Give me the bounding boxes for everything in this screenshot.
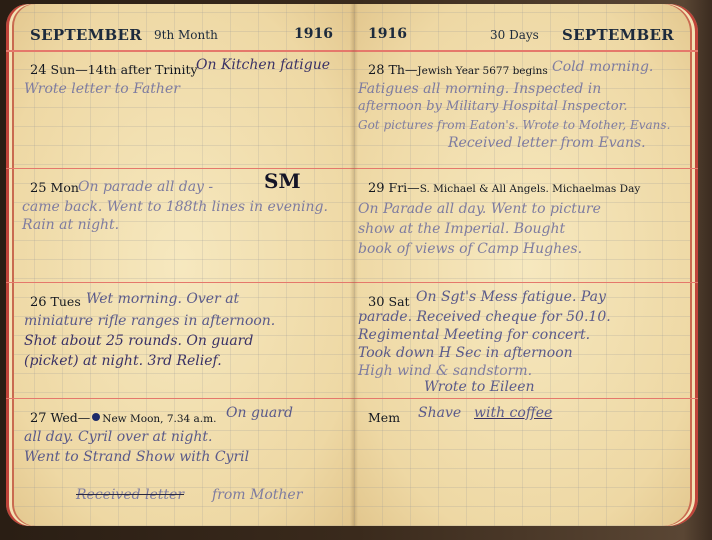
page-gutter xyxy=(350,4,358,526)
handwriting-line: (picket) at night. 3rd Relief. xyxy=(24,352,222,370)
handwriting-line: miniature rifle ranges in afternoon. xyxy=(24,312,275,330)
month-title: SEPTEMBER xyxy=(562,26,674,44)
month-title: SEPTEMBER xyxy=(30,26,142,44)
entry-28: 28 Th—Jewish Year 5677 begins Cold morni… xyxy=(354,52,698,169)
new-moon-icon xyxy=(92,413,100,421)
handwriting-line: book of views of Camp Hughes. xyxy=(358,240,582,258)
entry-27: 27 Wed—New Moon, 7.34 a.m. On guard all … xyxy=(6,400,354,526)
handwriting-line: parade. Received cheque for 50.10. xyxy=(358,308,611,326)
right-page: 1916 30 Days SEPTEMBER 28 Th—Jewish Year… xyxy=(354,4,698,526)
day-label: 24 Sun—14th after Trinity xyxy=(30,62,198,78)
handwriting-struck: Received letter xyxy=(76,486,184,504)
handwriting-line: Shot about 25 rounds. On guard xyxy=(24,332,253,350)
handwriting-line: with coffee xyxy=(474,404,552,422)
left-page: SEPTEMBER 9th Month 1916 24 Sun—14th aft… xyxy=(6,4,354,526)
right-page-header: 1916 30 Days SEPTEMBER xyxy=(354,4,698,52)
handwriting-line: On parade all day - xyxy=(78,178,213,196)
handwriting-line: On Parade all day. Went to picture xyxy=(358,200,601,218)
handwriting-line: On Sgt's Mess fatigue. Pay xyxy=(416,288,606,306)
handwriting-line: Took down H Sec in afternoon xyxy=(358,344,573,362)
handwriting-line: Wet morning. Over at xyxy=(86,290,239,308)
handwriting-line: Shave xyxy=(418,404,461,422)
handwriting-line: Went to Strand Show with Cyril xyxy=(24,448,249,466)
handwriting-line: show at the Imperial. Bought xyxy=(358,220,565,238)
entry-25: 25 Mon On parade all day - SM came back.… xyxy=(6,170,354,283)
handwriting-line: Cold morning. xyxy=(552,58,653,76)
day-label: 29 Fri—S. Michael & All Angels. Michaelm… xyxy=(368,180,640,196)
day-label: 27 Wed—New Moon, 7.34 a.m. xyxy=(30,410,216,426)
handwriting-line: On guard xyxy=(226,404,293,422)
handwriting-line: Got pictures from Eaton's. Wrote to Moth… xyxy=(358,116,670,134)
day-label: 25 Mon xyxy=(30,180,79,196)
year-label: 1916 xyxy=(294,26,333,42)
handwriting-line: Fatigues all morning. Inspected in xyxy=(358,80,601,98)
handwriting-initials: SM xyxy=(264,172,301,190)
handwriting-line: Regimental Meeting for concert. xyxy=(358,326,590,344)
entry-30: 30 Sat On Sgt's Mess fatigue. Pay parade… xyxy=(354,284,698,399)
diary-spread: SEPTEMBER 9th Month 1916 24 Sun—14th aft… xyxy=(0,0,712,540)
handwriting-line: Wrote letter to Father xyxy=(24,80,180,98)
handwriting-line: afternoon by Military Hospital Inspector… xyxy=(358,98,628,116)
days-count: 30 Days xyxy=(490,28,539,42)
month-number: 9th Month xyxy=(154,28,218,42)
handwriting-line: Wrote to Eileen xyxy=(424,378,535,396)
year-label: 1916 xyxy=(368,26,407,42)
handwriting-line: Rain at night. xyxy=(22,216,119,234)
entry-26: 26 Tues Wet morning. Over at miniature r… xyxy=(6,284,354,399)
handwriting-line: all day. Cyril over at night. xyxy=(24,428,212,446)
handwriting-line: Received letter from Evans. xyxy=(448,134,646,152)
handwriting-line: came back. Went to 188th lines in evenin… xyxy=(22,198,328,216)
entry-24: 24 Sun—14th after Trinity On Kitchen fat… xyxy=(6,52,354,169)
handwriting-line: On Kitchen fatigue xyxy=(196,56,330,74)
entry-memo: Mem Shave with coffee xyxy=(354,400,698,526)
left-page-header: SEPTEMBER 9th Month 1916 xyxy=(6,4,354,52)
day-label: 26 Tues xyxy=(30,294,81,310)
memo-label: Mem xyxy=(368,410,400,425)
day-label: 28 Th—Jewish Year 5677 begins xyxy=(368,62,548,78)
handwriting-line: from Mother xyxy=(212,486,302,504)
entry-29: 29 Fri—S. Michael & All Angels. Michaelm… xyxy=(354,170,698,283)
